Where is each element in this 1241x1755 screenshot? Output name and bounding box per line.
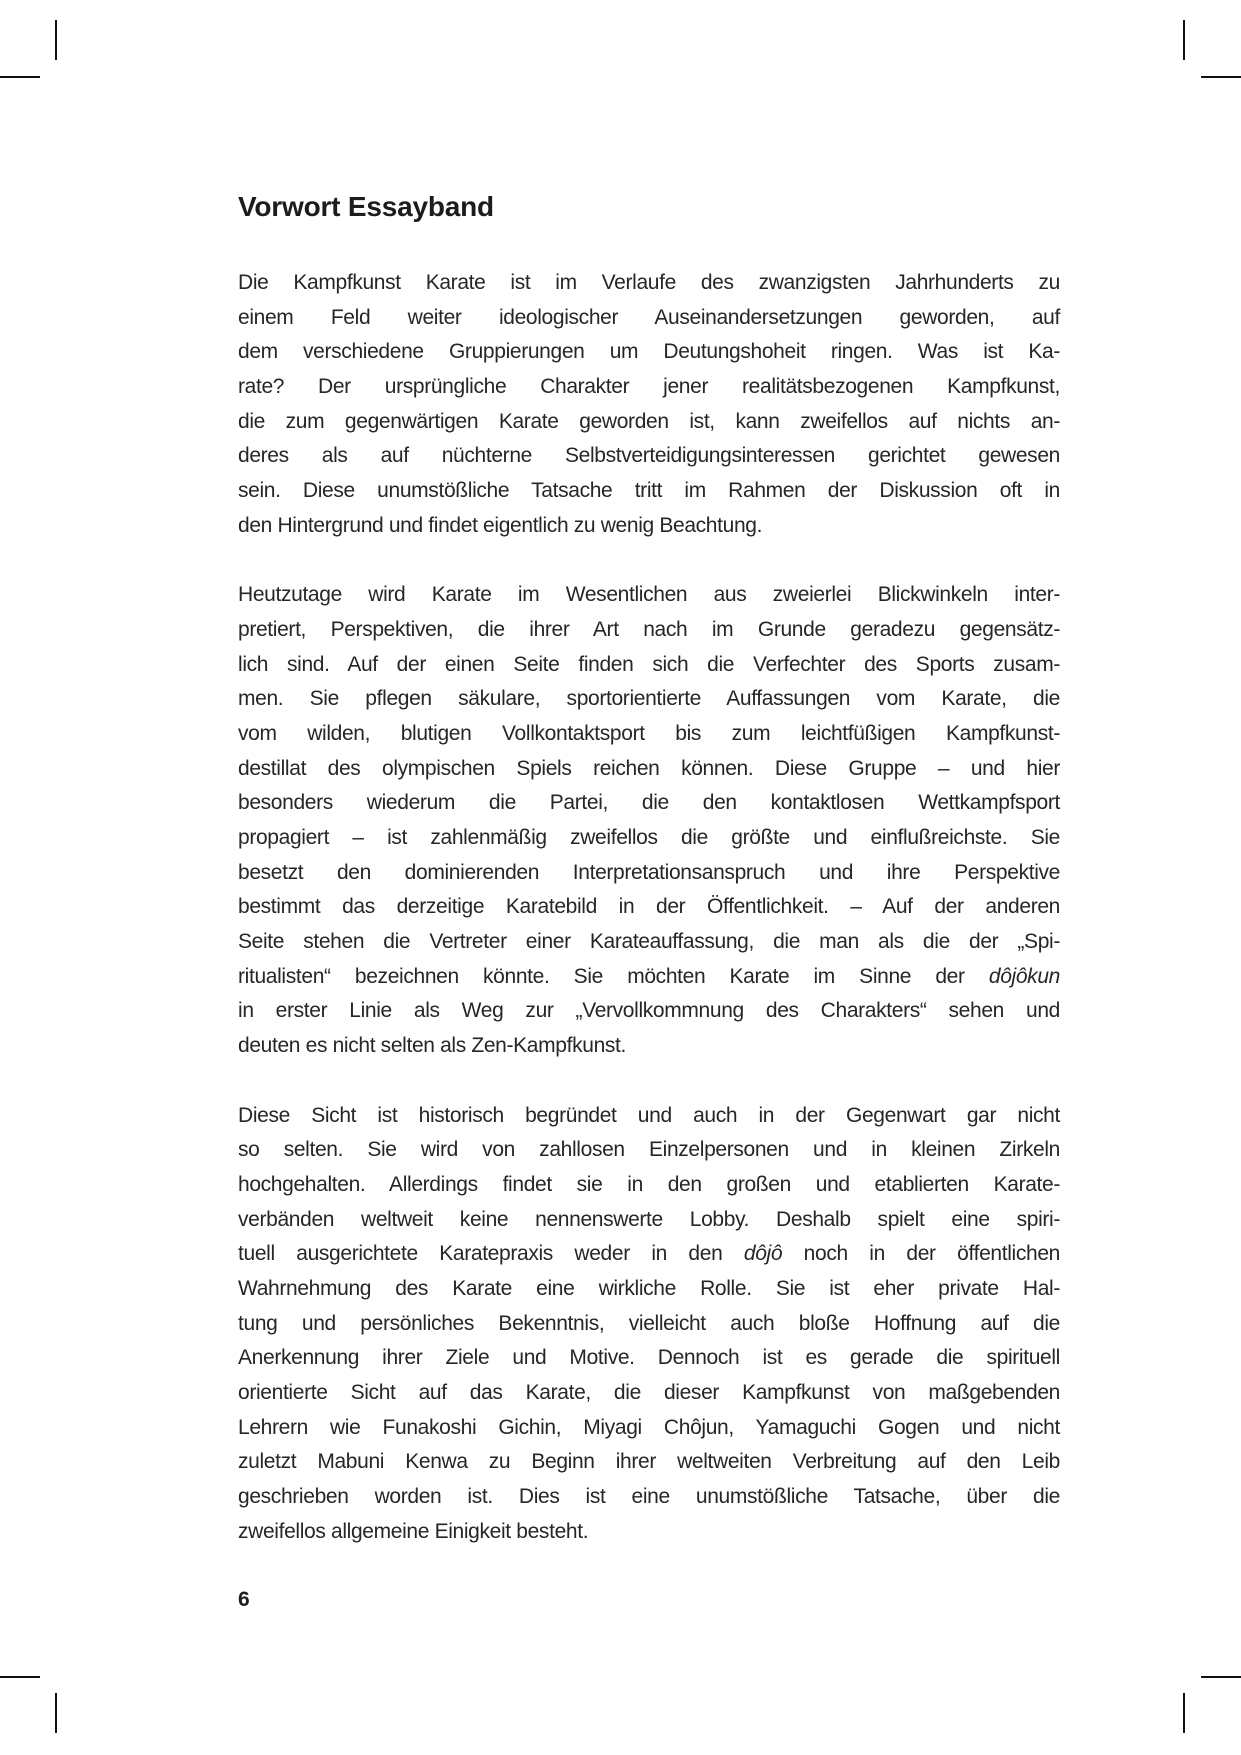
text-line: zweifellos allgemeine Einigkeit besteht. xyxy=(238,1515,1060,1550)
text-line: Seite stehen die Vertreter einer Karatea… xyxy=(238,925,1060,960)
crop-mark-bottom-left-horizontal xyxy=(0,1676,40,1678)
text-line: besetzt den dominierenden Interpretation… xyxy=(238,856,1060,891)
text-segment: ritualisten“ bezeichnen könnte. Sie möch… xyxy=(238,965,989,988)
text-line: geschrieben worden ist. Dies ist eine un… xyxy=(238,1480,1060,1515)
text-line: lich sind. Auf der einen Seite finden si… xyxy=(238,648,1060,683)
crop-mark-bottom-right-horizontal xyxy=(1201,1676,1241,1678)
text-segment: noch in der öffentlichen xyxy=(782,1242,1060,1265)
text-line: pretiert, Perspektiven, die ihrer Art na… xyxy=(238,613,1060,648)
text-segment: tuell ausgerichtete Karatepraxis weder i… xyxy=(238,1242,744,1265)
body-text: Die Kampfkunst Karate ist im Verlaufe de… xyxy=(238,266,1060,1584)
text-line: Heutzutage wird Karate im Wesentlichen a… xyxy=(238,578,1060,613)
text-line: tung und persönliches Bekenntnis, vielle… xyxy=(238,1307,1060,1342)
page-number: 6 xyxy=(238,1585,250,1615)
text-line: bestimmt das derzeitige Karatebild in de… xyxy=(238,890,1060,925)
italic-term-dojokun: dôjôkun xyxy=(989,965,1060,988)
italic-term-dojo: dôjô xyxy=(744,1242,782,1265)
text-line: die zum gegenwärtigen Karate geworden is… xyxy=(238,405,1060,440)
text-line-with-italic: ritualisten“ bezeichnen könnte. Sie möch… xyxy=(238,960,1060,995)
text-line: rate? Der ursprüngliche Charakter jener … xyxy=(238,370,1060,405)
crop-mark-top-left-horizontal xyxy=(0,76,40,78)
paragraph-2: Heutzutage wird Karate im Wesentlichen a… xyxy=(238,578,1060,1064)
text-line: verbänden weltweit keine nennenswerte Lo… xyxy=(238,1203,1060,1238)
text-line: sein. Diese unumstößliche Tatsache tritt… xyxy=(238,474,1060,509)
text-line: vom wilden, blutigen Vollkontaktsport bi… xyxy=(238,717,1060,752)
text-line: Die Kampfkunst Karate ist im Verlaufe de… xyxy=(238,266,1060,301)
text-line: einem Feld weiter ideologischer Auseinan… xyxy=(238,301,1060,336)
text-line: Lehrern wie Funakoshi Gichin, Miyagi Chô… xyxy=(238,1411,1060,1446)
text-line: orientierte Sicht auf das Karate, die di… xyxy=(238,1376,1060,1411)
text-line: besonders wiederum die Partei, die den k… xyxy=(238,786,1060,821)
crop-mark-bottom-left-vertical xyxy=(55,1693,57,1733)
paragraph-1: Die Kampfkunst Karate ist im Verlaufe de… xyxy=(238,266,1060,544)
text-line: deuten es nicht selten als Zen-Kampfkuns… xyxy=(238,1029,1060,1064)
text-line: men. Sie pflegen säkulare, sportorientie… xyxy=(238,682,1060,717)
text-line: zuletzt Mabuni Kenwa zu Beginn ihrer wel… xyxy=(238,1445,1060,1480)
crop-mark-top-right-vertical xyxy=(1183,20,1185,60)
text-line: in erster Linie als Weg zur „Vervollkomm… xyxy=(238,994,1060,1029)
text-line: hochgehalten. Allerdings findet sie in d… xyxy=(238,1168,1060,1203)
text-line: deres als auf nüchterne Selbstverteidigu… xyxy=(238,439,1060,474)
text-line: Diese Sicht ist historisch begründet und… xyxy=(238,1099,1060,1134)
crop-mark-bottom-right-vertical xyxy=(1183,1693,1185,1733)
text-line-with-italic: tuell ausgerichtete Karatepraxis weder i… xyxy=(238,1237,1060,1272)
text-line: destillat des olympischen Spiels reichen… xyxy=(238,752,1060,787)
page-title: Vorwort Essayband xyxy=(238,190,494,224)
crop-mark-top-left-vertical xyxy=(55,20,57,60)
crop-mark-top-right-horizontal xyxy=(1201,76,1241,78)
text-line: Anerkennung ihrer Ziele und Motive. Denn… xyxy=(238,1341,1060,1376)
text-line: dem verschiedene Gruppierungen um Deutun… xyxy=(238,335,1060,370)
text-line: propagiert – ist zahlenmäßig zweifellos … xyxy=(238,821,1060,856)
text-line: so selten. Sie wird von zahllosen Einzel… xyxy=(238,1133,1060,1168)
text-line: den Hintergrund und findet eigentlich zu… xyxy=(238,509,1060,544)
paragraph-3: Diese Sicht ist historisch begründet und… xyxy=(238,1099,1060,1550)
text-line: Wahrnehmung des Karate eine wirkliche Ro… xyxy=(238,1272,1060,1307)
